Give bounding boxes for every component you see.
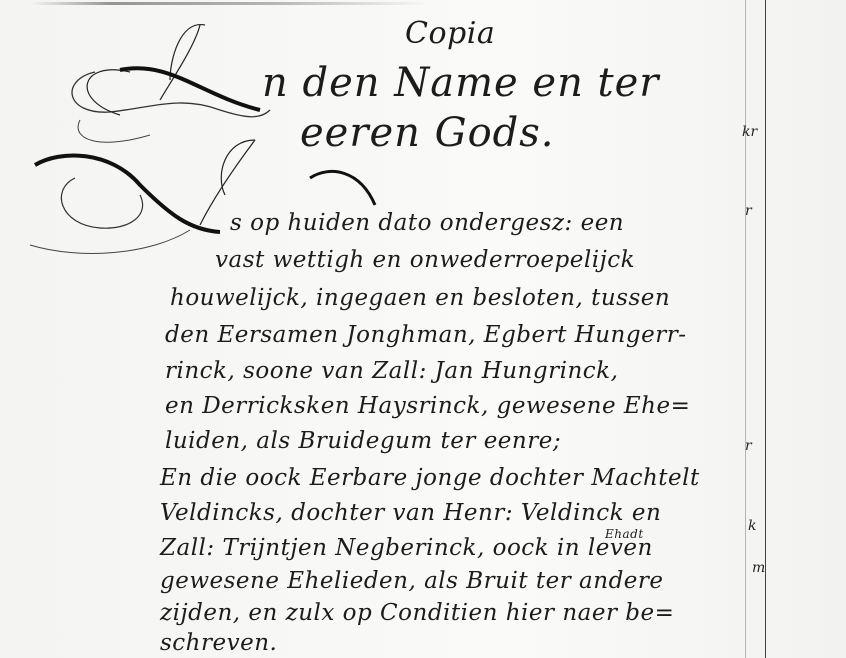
- text-line-7: luiden, als Bruidegum ter eenre;: [165, 428, 561, 454]
- text-line-6: en Derricksken Haysrinck, gewesene Ehe=: [165, 393, 690, 419]
- text-line-2: vast wettigh en onwederroepelijck: [215, 247, 635, 273]
- margin-mark-3: r: [745, 438, 752, 454]
- margin-mark-2: r: [745, 203, 752, 219]
- text-line-4: den Eersamen Jonghman, Egbert Hungerr-: [165, 322, 686, 348]
- text-line-10: Zall: Trijntjen Negberinck, oock in leve…: [160, 535, 653, 561]
- margin-rule-inner: [745, 0, 746, 658]
- page-top-edge: [30, 2, 430, 5]
- margin-mark-4: k: [748, 518, 756, 534]
- text-line-11: gewesene Ehelieden, als Bruit ter andere: [160, 568, 664, 594]
- document-page: Copia n den Name en ter eeren Gods. s op…: [0, 0, 846, 658]
- text-line-12: zijden, en zulx op Conditien hier naer b…: [160, 600, 674, 626]
- interlinear-note: Ehadt: [605, 527, 644, 541]
- text-line-13: schreven.: [160, 630, 277, 656]
- text-line-1: s op huiden dato ondergesz: een: [230, 210, 624, 236]
- text-line-8: En die oock Eerbare jonge dochter Machte…: [160, 465, 700, 491]
- text-line-3: houwelijck, ingegaen en besloten, tussen: [170, 285, 670, 311]
- text-line-5: rinck, soone van Zall: Jan Hungrinck,: [165, 358, 618, 384]
- document-title: Copia: [405, 16, 495, 51]
- text-line-9: Veldincks, dochter van Henr: Veldinck en: [160, 500, 661, 526]
- heading-line-2: eeren Gods.: [300, 110, 555, 156]
- margin-mark-1: kr: [742, 124, 757, 140]
- margin-mark-5: m: [752, 560, 765, 576]
- heading-line-1: n den Name en ter: [262, 60, 659, 106]
